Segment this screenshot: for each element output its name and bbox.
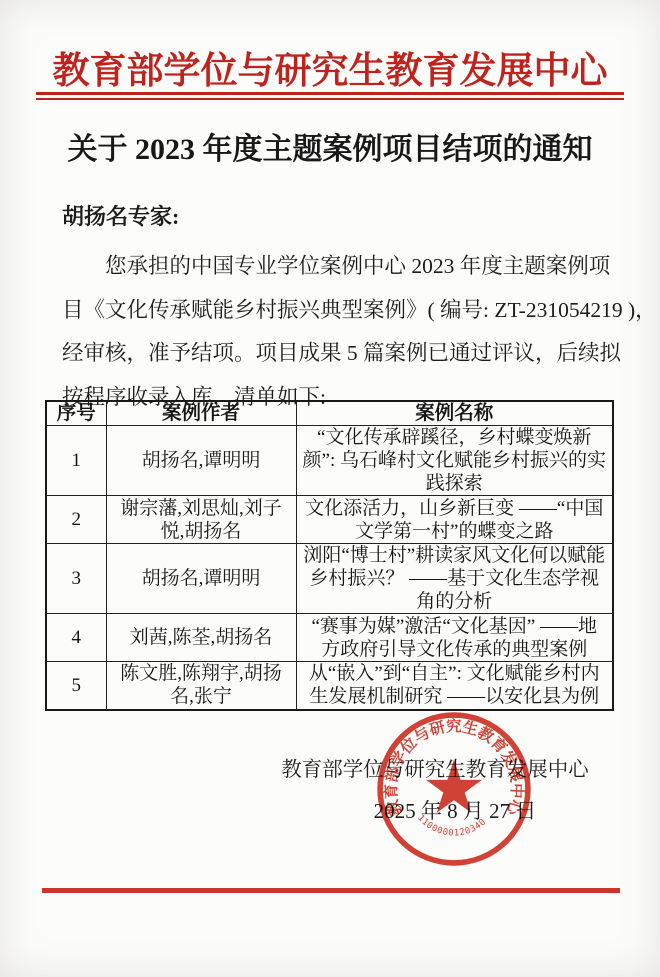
cell-title: “文化传承辟蹊径，乡村蝶变焕新颜”: 乌石峰村文化赋能乡村振兴的实践探索: [296, 426, 613, 496]
case-list-table: 序号 案例作者 案例名称 1 胡扬名,谭明明 “文化传承辟蹊径，乡村蝶变焕新颜”…: [45, 400, 614, 711]
cell-authors: 谢宗藩,刘思灿,刘子悦,胡扬名: [106, 496, 296, 544]
paragraph-line: 您承担的中国专业学位案例中心 2023 年度主题案例项: [62, 245, 598, 289]
signature-date: 2025 年 8 月 27 日: [358, 795, 552, 825]
table-row: 3 胡扬名,谭明明 浏阳“博士村”耕读家风文化何以赋能乡村振兴？ ——基于文化生…: [46, 544, 613, 614]
letterhead-org-name: 教育部学位与研究生教育发展中心: [0, 40, 660, 94]
cell-title: 从“嵌入”到“自主”: 文化赋能乡村内生发展机制研究 ——以安化县为例: [296, 662, 613, 710]
salutation: 胡扬名专家:: [62, 200, 179, 231]
cell-no: 5: [46, 662, 106, 710]
official-red-seal: 教育部学位与研究生教育发展中心 1100000120340: [373, 708, 535, 870]
letterhead-double-rule: [36, 92, 624, 100]
paragraph-line: 经审核，准予结项。项目成果 5 篇案例已通过评议，后续拟: [62, 332, 598, 376]
cell-no: 2: [46, 496, 106, 544]
document-title: 关于 2023 年度主题案例项目结项的通知: [0, 124, 660, 168]
table-header-row: 序号 案例作者 案例名称: [46, 401, 613, 426]
cell-no: 4: [46, 614, 106, 662]
cell-authors: 胡扬名,谭明明: [106, 544, 296, 614]
table-row: 2 谢宗藩,刘思灿,刘子悦,胡扬名 文化添活力，山乡新巨变 ——“中国文学第一村…: [46, 496, 613, 544]
notice-document-page: 教育部学位与研究生教育发展中心 关于 2023 年度主题案例项目结项的通知 胡扬…: [0, 0, 660, 977]
table-row: 4 刘茜,陈荃,胡扬名 “赛事为媒”激活“文化基因” ——地方政府引导文化传承的…: [46, 614, 613, 662]
cell-no: 1: [46, 426, 106, 496]
header-no: 序号: [46, 401, 106, 426]
seal-ring: [380, 715, 528, 863]
cell-no: 3: [46, 544, 106, 614]
body-paragraph: 您承担的中国专业学位案例中心 2023 年度主题案例项 目《文化传承赋能乡村振兴…: [62, 245, 598, 419]
header-title: 案例名称: [296, 401, 613, 426]
signature-org: 教育部学位与研究生教育发展中心: [278, 752, 592, 782]
paragraph-line: 目《文化传承赋能乡村振兴典型案例》( 编号: ZT-231054219 )，: [62, 289, 598, 333]
header-authors: 案例作者: [106, 401, 296, 426]
cell-authors: 刘茜,陈荃,胡扬名: [106, 614, 296, 662]
table-row: 1 胡扬名,谭明明 “文化传承辟蹊径，乡村蝶变焕新颜”: 乌石峰村文化赋能乡村振…: [46, 426, 613, 496]
cell-title: 浏阳“博士村”耕读家风文化何以赋能乡村振兴？ ——基于文化生态学视角的分析: [296, 544, 613, 614]
cell-title: “赛事为媒”激活“文化基因” ——地方政府引导文化传承的典型案例: [296, 614, 613, 662]
cell-authors: 陈文胜,陈翔宇,胡扬名,张宁: [106, 662, 296, 710]
table-row: 5 陈文胜,陈翔宇,胡扬名,张宁 从“嵌入”到“自主”: 文化赋能乡村内生发展机…: [46, 662, 613, 710]
cell-title: 文化添活力，山乡新巨变 ——“中国文学第一村”的蝶变之路: [296, 496, 613, 544]
cell-authors: 胡扬名,谭明明: [106, 426, 296, 496]
footer-red-rule: [42, 888, 620, 893]
